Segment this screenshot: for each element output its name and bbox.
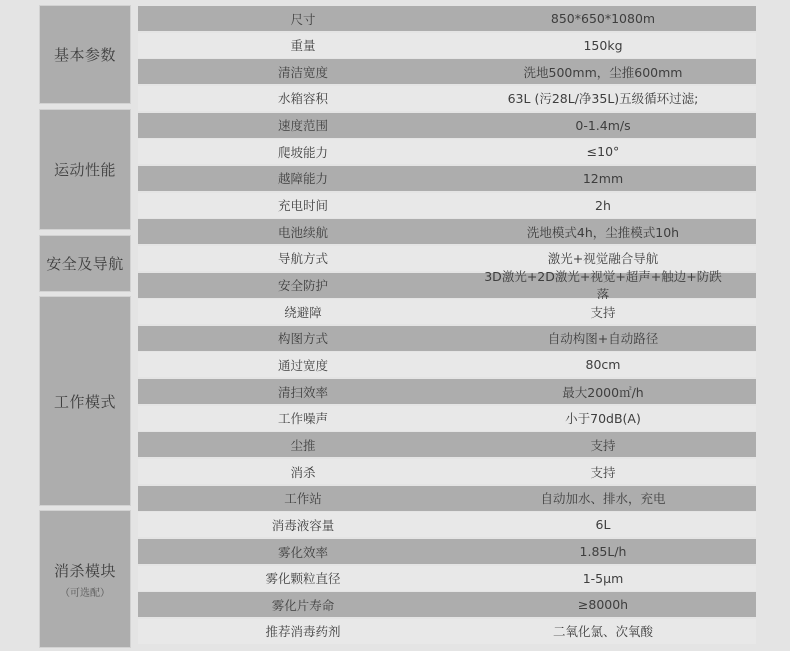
spec-label: 绕避障 — [138, 303, 468, 321]
category-title: 消杀模块 — [54, 560, 116, 581]
spec-label: 爬坡能力 — [138, 143, 468, 161]
spec-row: 工作噪声小于70dB(A) — [138, 406, 756, 431]
spec-value: 最大2000㎡/h — [478, 383, 728, 401]
spec-value: 850*650*1080m — [478, 11, 728, 26]
spec-row: 构图方式自动构图+自动路径 — [138, 326, 756, 351]
spec-label: 重量 — [138, 36, 468, 54]
spec-row: 消毒液容量6L — [138, 512, 756, 537]
spec-value: 自动构图+自动路径 — [478, 329, 728, 347]
spec-label: 尘推 — [138, 436, 468, 454]
spec-row: 雾化片寿命≥8000h — [138, 592, 756, 617]
spec-row: 水箱容积63L (污28L/净35L)五级循环过滤; — [138, 86, 756, 111]
spec-value: 12mm — [478, 171, 728, 186]
spec-label: 清扫效率 — [138, 383, 468, 401]
spec-row: 越障能力12mm — [138, 166, 756, 191]
spec-row: 绕避障支持 — [138, 299, 756, 324]
spec-label: 推荐消毒药剂 — [138, 622, 468, 640]
spec-label: 越障能力 — [138, 169, 468, 187]
spec-row: 尺寸850*650*1080m — [138, 6, 756, 31]
spec-value: ≤10° — [478, 144, 728, 159]
spec-row: 消杀支持 — [138, 459, 756, 484]
spec-row: 爬坡能力≤10° — [138, 139, 756, 164]
spec-row: 清洁宽度洗地500mm，尘推600mm — [138, 59, 756, 84]
spec-row: 重量150kg — [138, 33, 756, 58]
spec-row: 安全防护3D激光+2D激光+视觉+超声+触边+防跌落 — [138, 273, 756, 298]
spec-label: 导航方式 — [138, 249, 468, 267]
spec-value: 80cm — [478, 357, 728, 372]
category-title: 基本参数 — [54, 44, 116, 65]
spec-value: 1.85L/h — [478, 544, 728, 559]
spec-value: 150kg — [478, 38, 728, 53]
spec-value: 支持 — [478, 303, 728, 321]
spec-value: 3D激光+2D激光+视觉+超声+触边+防跌落 — [478, 267, 728, 303]
spec-value: 63L (污28L/净35L)五级循环过滤; — [478, 89, 728, 107]
category-title: 运动性能 — [54, 159, 116, 180]
spec-label: 清洁宽度 — [138, 63, 468, 81]
spec-label: 构图方式 — [138, 329, 468, 347]
spec-label: 通过宽度 — [138, 356, 468, 374]
spec-label: 雾化片寿命 — [138, 596, 468, 614]
spec-label: 消杀 — [138, 463, 468, 481]
spec-row: 速度范围0-1.4m/s — [138, 113, 756, 138]
spec-label: 雾化颗粒直径 — [138, 569, 468, 587]
spec-row: 工作站自动加水、排水，充电 — [138, 486, 756, 511]
spec-value: 支持 — [478, 436, 728, 454]
spec-label: 工作站 — [138, 489, 468, 507]
spec-label: 工作噪声 — [138, 409, 468, 427]
spec-value: 二氧化氯、次氧酸 — [478, 622, 728, 640]
spec-value: 自动加水、排水，充电 — [478, 489, 728, 507]
category-title: 工作模式 — [54, 391, 116, 412]
spec-row: 雾化效率1.85L/h — [138, 539, 756, 564]
spec-value: 1-5μm — [478, 571, 728, 586]
spec-value: 6L — [478, 517, 728, 532]
spec-label: 消毒液容量 — [138, 516, 468, 534]
category-box: 安全及导航 — [40, 236, 130, 291]
spec-label: 安全防护 — [138, 276, 468, 294]
spec-row: 通过宽度80cm — [138, 352, 756, 377]
spec-row: 尘推支持 — [138, 432, 756, 457]
spec-label: 水箱容积 — [138, 89, 468, 107]
category-box: 工作模式 — [40, 297, 130, 505]
spec-label: 电池续航 — [138, 223, 468, 241]
category-box: 基本参数 — [40, 6, 130, 103]
spec-label: 速度范围 — [138, 116, 468, 134]
category-box: 消杀模块（可选配） — [40, 511, 130, 647]
spec-value: 激光+视觉融合导航 — [478, 249, 728, 267]
spec-value: 支持 — [478, 463, 728, 481]
spec-value: 2h — [478, 198, 728, 213]
category-box: 运动性能 — [40, 110, 130, 229]
spec-label: 尺寸 — [138, 10, 468, 28]
spec-row: 推荐消毒药剂二氧化氯、次氧酸 — [138, 619, 756, 644]
spec-label: 雾化效率 — [138, 543, 468, 561]
spec-label: 充电时间 — [138, 196, 468, 214]
category-subtitle: （可选配） — [60, 584, 110, 599]
spec-row: 雾化颗粒直径1-5μm — [138, 566, 756, 591]
spec-row: 清扫效率最大2000㎡/h — [138, 379, 756, 404]
spec-value: 小于70dB(A) — [478, 409, 728, 427]
spec-value: 0-1.4m/s — [478, 118, 728, 133]
spec-value: ≥8000h — [478, 597, 728, 612]
spec-value: 洗地模式4h，尘推模式10h — [478, 223, 728, 241]
spec-row: 充电时间2h — [138, 193, 756, 218]
spec-row: 电池续航洗地模式4h，尘推模式10h — [138, 219, 756, 244]
spec-value: 洗地500mm，尘推600mm — [478, 63, 728, 81]
category-title: 安全及导航 — [46, 253, 124, 274]
